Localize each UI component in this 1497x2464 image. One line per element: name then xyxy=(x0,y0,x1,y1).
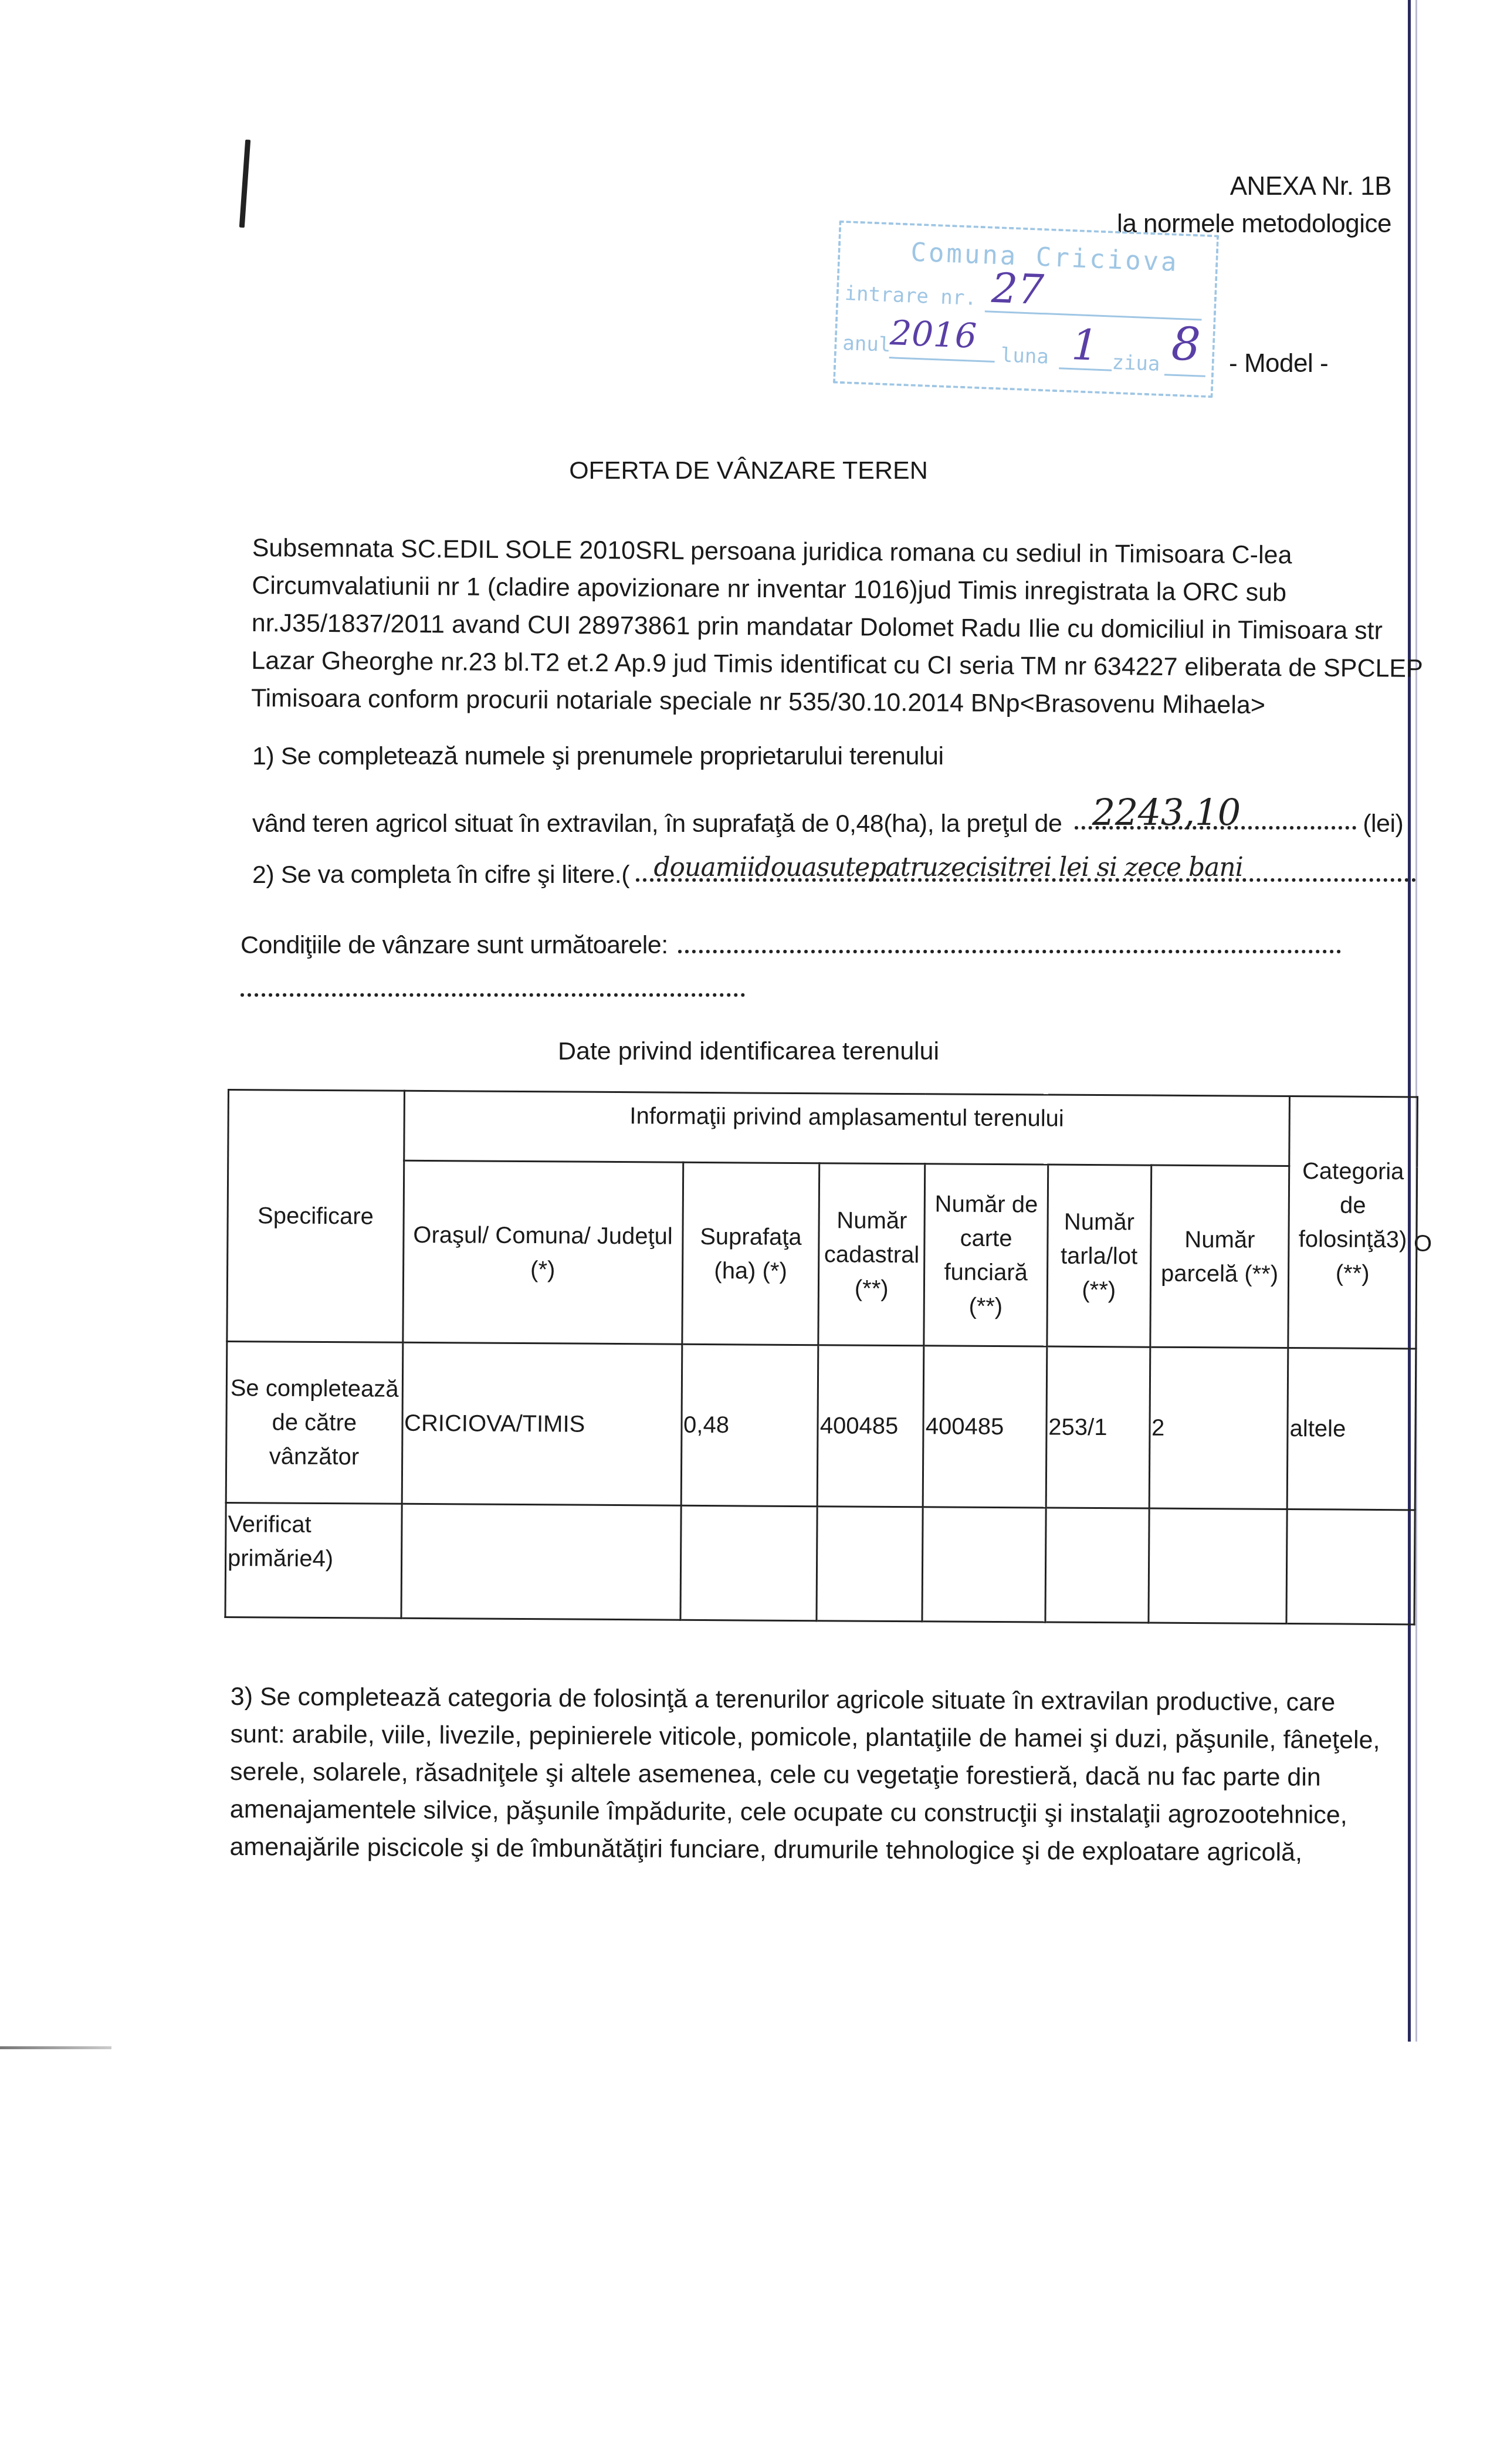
note-2-text: 2) Se va completa în cifre şi litere.( xyxy=(252,861,629,889)
cell-carte-funciara[interactable] xyxy=(922,1507,1046,1622)
stamp-day-underline xyxy=(1164,374,1205,377)
registration-stamp: Comuna Criciova intrare nr. anul luna zi… xyxy=(833,221,1219,398)
conditions-line: Condiţiile de vânzare sunt următoarele: xyxy=(241,933,1341,958)
conditions-dotted-line-2 xyxy=(241,993,745,997)
sale-sentence: vând teren agricol situat în extravilan,… xyxy=(252,811,1403,837)
cell-parcela[interactable]: 2 xyxy=(1149,1347,1288,1509)
footnote-line: sunt: arabile, viile, livezile, pepinier… xyxy=(230,1715,1380,1759)
conditions-line-2[interactable] xyxy=(241,989,745,1000)
stamp-day-label: ziua xyxy=(1112,351,1160,376)
price-figures-value: 2243,10 xyxy=(1092,794,1241,831)
footnote-line: amenajările piscicole şi de îmbunătăţiri… xyxy=(229,1828,1379,1871)
cell-oras-comuna-judet[interactable]: CRICIOVA/TIMIS xyxy=(402,1342,682,1505)
cell-tarla-lot[interactable] xyxy=(1045,1508,1149,1623)
stamp-month: 1 xyxy=(1071,320,1099,370)
footnote-3: 3) Se completează categoria de folosinţă… xyxy=(229,1678,1380,1871)
seller-identification-paragraph: Subsemnata SC.EDIL SOLE 2010SRL persoana… xyxy=(251,529,1379,725)
stamp-month-label: luna xyxy=(1000,343,1049,368)
table-column-header-row: Oraşul/ Comuna/ Judeţul (*) Suprafaţa (h… xyxy=(227,1160,1417,1349)
header-parcela: Număr parcelă (**) xyxy=(1150,1165,1289,1348)
header-group-amplasament: Informaţii privind amplasamentul terenul… xyxy=(404,1091,1289,1166)
cell-parcela[interactable] xyxy=(1149,1508,1288,1623)
footnote-line: 3) Se completează categoria de folosinţă… xyxy=(231,1678,1380,1721)
footnote-line: serele, solarele, răsadniţele şi altele … xyxy=(230,1753,1380,1796)
sale-sentence-text: vând teren agricol situat în extravilan,… xyxy=(252,810,1062,838)
header-specificare: Specificare xyxy=(227,1090,404,1343)
cell-suprafata[interactable] xyxy=(680,1505,818,1620)
stamp-day: 8 xyxy=(1170,318,1201,372)
scan-edge-bar-secondary xyxy=(1415,0,1417,2042)
price-unit: (lei) xyxy=(1363,810,1403,838)
cell-numar-cadastral[interactable]: 400485 xyxy=(818,1345,924,1507)
scan-edge-bar xyxy=(1408,0,1411,2042)
stamp-year-underline xyxy=(889,357,995,363)
header-suprafata: Suprafaţa (ha) (*) xyxy=(682,1162,820,1345)
cell-suprafata[interactable]: 0,48 xyxy=(681,1344,818,1506)
header-carte-funciara: Număr de carte funciară (**) xyxy=(924,1164,1048,1346)
footnote-line: amenajamentele silvice, păşunile împădur… xyxy=(230,1791,1380,1834)
document-title: OFERTA DE VÂNZARE TEREN xyxy=(0,456,1497,485)
row-label: Se completează de către vânzător xyxy=(226,1342,402,1504)
cell-categoria[interactable] xyxy=(1286,1509,1415,1624)
price-words-value: douamiidouasutepatruzecisitrei lei si ze… xyxy=(653,855,1242,881)
stamp-entry-number: 27 xyxy=(991,264,1045,314)
table-row: Verificat primărie4) xyxy=(225,1502,1415,1624)
annex-title: ANEXA Nr. 1B xyxy=(1230,174,1391,199)
stamp-institution: Comuna Criciova xyxy=(910,237,1180,277)
table-group-header-row: Specificare Informaţii privind amplasame… xyxy=(228,1090,1418,1167)
conditions-dotted-line[interactable] xyxy=(678,950,1341,953)
row-label: Verificat primărie4) xyxy=(225,1502,402,1618)
stamp-year: 2016 xyxy=(889,313,977,356)
handwritten-bracket-mark xyxy=(239,140,250,228)
cell-tarla-lot[interactable]: 253/1 xyxy=(1046,1346,1150,1508)
stamp-year-label: anul xyxy=(842,331,891,357)
stamp-entry-label: intrare nr. xyxy=(844,282,977,310)
land-identification-table: Specificare Informaţii privind amplasame… xyxy=(224,1089,1418,1625)
note-2: 2) Se va completa în cifre şi litere.( d… xyxy=(252,862,1416,888)
cell-categoria[interactable]: altele xyxy=(1287,1348,1416,1510)
header-numar-cadastral: Număr cadastral (**) xyxy=(818,1163,925,1346)
header-oras-comuna-judet: Oraşul/ Comuna/ Judeţul (*) xyxy=(402,1160,683,1344)
intro-line: Timisoara conform procurii notariale spe… xyxy=(251,679,1377,725)
header-tarla-lot: Număr tarla/lot (**) xyxy=(1047,1165,1151,1347)
header-categoria: Categoria de folosinţă3) (**) xyxy=(1288,1096,1418,1349)
page-bottom-line xyxy=(0,2046,111,2049)
table-title: Date privind identificarea terenului xyxy=(0,1037,1497,1066)
cell-numar-cadastral[interactable] xyxy=(817,1507,923,1622)
cell-oras-comuna-judet[interactable] xyxy=(401,1504,681,1620)
note-1: 1) Se completează numele şi prenumele pr… xyxy=(252,744,943,769)
table-row: Se completează de către vânzător CRICIOV… xyxy=(226,1342,1416,1510)
conditions-label: Condiţiile de vânzare sunt următoarele: xyxy=(241,931,668,959)
model-label: - Model - xyxy=(1229,351,1328,377)
cell-carte-funciara[interactable]: 400485 xyxy=(923,1346,1046,1508)
